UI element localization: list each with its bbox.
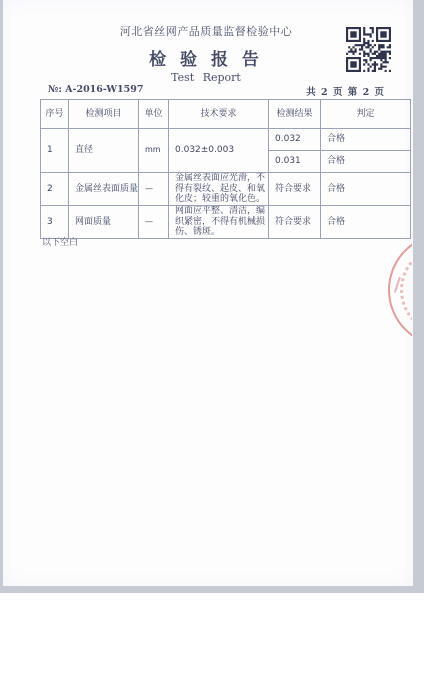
cell-item: 直径 xyxy=(69,129,139,173)
test-results-table: 序号 检测项目 单位 技术要求 检测结果 判定 1 直径 mm 0.032±0.… xyxy=(40,99,411,239)
column-header-unit: 单位 xyxy=(139,100,169,129)
page-count: 共 2 页 第 2 页 xyxy=(306,84,385,98)
cell-result: 0.032 xyxy=(269,129,321,151)
cell-result: 符合要求 xyxy=(269,173,321,206)
cell-requirement: 网面应平整、清洁，编织紧密，不得有机械损伤、锈斑。 xyxy=(169,206,269,239)
cell-requirement: 0.032±0.003 xyxy=(169,129,269,173)
cell-no: 1 xyxy=(41,129,69,173)
cell-no: 3 xyxy=(41,206,69,239)
column-header-no: 序号 xyxy=(41,100,69,129)
report-content: 河北省丝网产品质量监督检验中心 检 验 报 告 Test Report №: A… xyxy=(0,0,412,593)
below-blank-note: 以下空白 xyxy=(42,235,78,248)
cell-result: 0.031 xyxy=(269,151,321,173)
cell-item: 网面质量 xyxy=(69,206,139,239)
report-number: №: A-2016-W1597 xyxy=(48,84,143,95)
cell-verdict: 合格 xyxy=(321,206,411,239)
report-title-cn: 检 验 报 告 xyxy=(0,45,412,70)
table-row: 1 直径 mm 0.032±0.003 0.032 合格 xyxy=(41,129,411,151)
column-header-item: 检测项目 xyxy=(69,100,139,129)
cell-verdict: 合格 xyxy=(321,151,411,173)
column-header-requirement: 技术要求 xyxy=(169,100,269,129)
cell-item: 金属丝表面质量 xyxy=(69,173,139,206)
cell-verdict: 合格 xyxy=(321,173,411,206)
cell-result: 符合要求 xyxy=(269,206,321,239)
cell-unit: — xyxy=(139,206,169,239)
cell-requirement: 金属丝表面应光滑，不得有裂纹、起皮、和氧化皮；较重的氧化色。 xyxy=(169,173,269,206)
red-seal-stamp-icon xyxy=(388,233,412,347)
column-header-result: 检测结果 xyxy=(269,100,321,129)
column-header-verdict: 判定 xyxy=(321,100,411,129)
report-title-en: Test Report xyxy=(0,71,412,84)
table-row: 3 网面质量 — 网面应平整、清洁，编织紧密，不得有机械损伤、锈斑。 符合要求 … xyxy=(41,206,411,239)
cell-no: 2 xyxy=(41,173,69,206)
cell-verdict: 合格 xyxy=(321,129,411,151)
cell-unit: mm xyxy=(139,129,169,173)
table-row: 2 金属丝表面质量 — 金属丝表面应光滑，不得有裂纹、起皮、和氧化皮；较重的氧化… xyxy=(41,173,411,206)
table-header-row: 序号 检测项目 单位 技术要求 检测结果 判定 xyxy=(41,100,411,129)
cell-unit: — xyxy=(139,173,169,206)
